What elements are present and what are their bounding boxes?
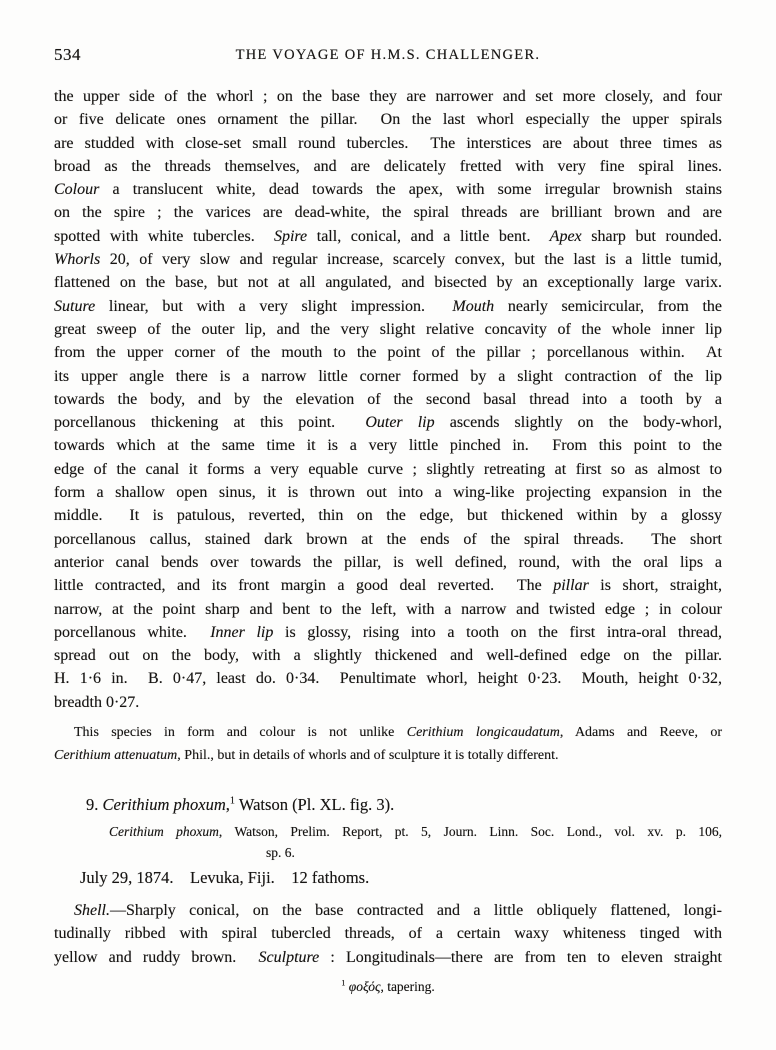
text-segment: its upper angle there is a narrow little…: [54, 368, 722, 385]
text-segment: great sweep of the outer lip, and the ve…: [54, 321, 722, 338]
italic-text: Shell.: [74, 902, 110, 919]
text-segment: sp. 6.: [266, 845, 295, 860]
text-segment: porcellanous thickening at this point.: [54, 414, 365, 431]
text-line: sp. 6.: [266, 842, 722, 863]
text-line: yellow and ruddy brown. Sculpture : Long…: [54, 946, 722, 969]
text-line: spread out on the body, with a slightly …: [54, 644, 722, 667]
page-number: 534: [54, 45, 81, 65]
text-segment: tall, conical, and a little bent.: [307, 228, 550, 245]
text-segment: porcellanous white.: [54, 624, 210, 641]
footnote: 1 φοξός, tapering.: [54, 979, 722, 995]
text-line: Suture linear, but with a very slight im…: [54, 295, 722, 318]
text-segment: or five delicate ones ornament the pilla…: [54, 111, 722, 128]
text-segment: little contracted, and its front margin …: [54, 577, 553, 594]
italic-text: Outer lip: [365, 414, 434, 431]
text-line: Cerithium attenuatum, Phil., but in deta…: [54, 744, 722, 767]
text-line: form a shallow open sinus, it is thrown …: [54, 481, 722, 504]
text-line: great sweep of the outer lip, and the ve…: [54, 318, 722, 341]
text-line: Colour a translucent white, dead towards…: [54, 178, 722, 201]
text-segment: are studded with close-set small round t…: [54, 135, 722, 152]
text-segment: broad as the threads themselves, and are…: [54, 158, 722, 175]
text-segment: towards which at the same time it is a v…: [54, 437, 722, 454]
text-line: the upper side of the whorl ; on the bas…: [54, 85, 722, 108]
italic-text: Inner lip: [210, 624, 273, 641]
locality-date-line: July 29, 1874. Levuka, Fiji. 12 fathoms.: [54, 866, 722, 889]
text-line: little contracted, and its front margin …: [54, 574, 722, 597]
text-segment: on the spire ; the varices are dead-whit…: [54, 204, 722, 221]
text-segment: is glossy, rising into a tooth on the fi…: [273, 624, 722, 641]
text-line: its upper angle there is a narrow little…: [54, 365, 722, 388]
page-header: 534 THE VOYAGE OF H.M.S. CHALLENGER.: [54, 0, 722, 67]
text-line: narrow, at the point sharp and bent to t…: [54, 598, 722, 621]
text-line: Whorls 20, of very slow and regular incr…: [54, 248, 722, 271]
italic-text: Suture: [54, 298, 95, 315]
text-segment: tudinally ribbed with spiral tubercled t…: [54, 925, 722, 942]
text-segment: from the upper corner of the mouth to th…: [54, 344, 722, 361]
text-segment: nearly semicircular, from the: [494, 298, 722, 315]
species-heading: 9. Cerithium phoxum,1 Watson (Pl. XL. fi…: [54, 794, 722, 816]
italic-text: pillar: [553, 577, 589, 594]
italic-text: Apex: [550, 228, 582, 245]
text-segment: spread out on the body, with a slightly …: [54, 647, 722, 664]
text-segment: , Adams and Reeve, or: [560, 725, 722, 740]
species-description-paragraph: the upper side of the whorl ; on the bas…: [54, 85, 722, 714]
text-line: or five delicate ones ornament the pilla…: [54, 108, 722, 131]
text-segment: yellow and ruddy brown.: [54, 949, 259, 966]
text-line: porcellanous thickening at this point. O…: [54, 411, 722, 434]
text-segment: ascends slightly on the body-whorl,: [435, 414, 722, 431]
text-segment: sharp but rounded.: [582, 228, 722, 245]
text-line: on the spire ; the varices are dead-whit…: [54, 201, 722, 224]
text-segment: flattened on the base, but not at all an…: [54, 274, 722, 291]
text-line: towards the body, and by the elevation o…: [54, 388, 722, 411]
text-segment: spotted with white tubercles.: [54, 228, 274, 245]
shell-description-paragraph: Shell.—Sharply conical, on the base cont…: [54, 899, 722, 969]
text-segment: This species in form and colour is not u…: [74, 725, 407, 740]
text-line: Shell.—Sharply conical, on the base cont…: [54, 899, 722, 922]
italic-text: Sculpture: [259, 949, 320, 966]
text-line: edge of the canal it forms a very equabl…: [54, 458, 722, 481]
text-segment: porcellanous callus, stained dark brown …: [54, 531, 722, 548]
text-segment: edge of the canal it forms a very equabl…: [54, 461, 722, 478]
italic-text: Cerithium phoxum: [109, 824, 219, 839]
text-line: anterior canal bends over towards the pi…: [54, 551, 722, 574]
text-line: porcellanous white. Inner lip is glossy,…: [54, 621, 722, 644]
text-segment: : Longitudinals—there are from ten to el…: [319, 949, 722, 966]
italic-text: Colour: [54, 181, 99, 198]
text-segment: H. 1·6 in. B. 0·47, least do. 0·34. Penu…: [54, 670, 722, 687]
text-segment: July 29, 1874. Levuka, Fiji. 12 fathoms.: [80, 868, 369, 887]
text-line: breadth 0·27.: [54, 691, 722, 714]
text-segment: anterior canal bends over towards the pi…: [54, 554, 722, 571]
text-line: middle. It is patulous, reverted, thin o…: [54, 504, 722, 527]
italic-text: Mouth: [452, 298, 494, 315]
text-segment: narrow, at the point sharp and bent to t…: [54, 601, 722, 618]
text-line: broad as the threads themselves, and are…: [54, 155, 722, 178]
text-segment: 9.: [86, 795, 103, 814]
text-segment: —Sharply conical, on the base contracted…: [110, 902, 722, 919]
italic-text: Cerithium longicaudatum: [407, 725, 560, 740]
italic-text: Cerithium attenuatum: [54, 748, 177, 763]
text-segment: towards the body, and by the elevation o…: [54, 391, 722, 408]
text-line: This species in form and colour is not u…: [54, 721, 722, 744]
text-line: flattened on the base, but not at all an…: [54, 271, 722, 294]
italic-text: Spire: [274, 228, 307, 245]
text-segment: is short, straight,: [589, 577, 722, 594]
citation-reference: Cerithium phoxum, Watson, Prelim. Report…: [54, 821, 722, 863]
text-line: are studded with close-set small round t…: [54, 132, 722, 155]
text-line: porcellanous callus, stained dark brown …: [54, 528, 722, 551]
italic-text: φοξός: [349, 979, 381, 994]
text-line: H. 1·6 in. B. 0·47, least do. 0·34. Penu…: [54, 667, 722, 690]
scanned-book-page: 534 THE VOYAGE OF H.M.S. CHALLENGER. the…: [0, 0, 776, 1050]
text-segment: , Phil., but in details of whorls and of…: [177, 748, 558, 763]
text-segment: the upper side of the whorl ; on the bas…: [54, 88, 722, 105]
text-segment: middle. It is patulous, reverted, thin o…: [54, 507, 722, 524]
italic-text: Whorls: [54, 251, 100, 268]
text-segment: 20, of very slow and regular increase, s…: [100, 251, 722, 268]
text-line: from the upper corner of the mouth to th…: [54, 341, 722, 364]
text-segment: breadth 0·27.: [54, 694, 139, 711]
text-line: towards which at the same time it is a v…: [54, 434, 722, 457]
text-line: Cerithium phoxum, Watson, Prelim. Report…: [54, 821, 722, 842]
comparison-remark-paragraph: This species in form and colour is not u…: [54, 721, 722, 767]
text-segment: a translucent white, dead towards the ap…: [99, 181, 722, 198]
text-line: spotted with white tubercles. Spire tall…: [54, 225, 722, 248]
text-segment: , Watson, Prelim. Report, pt. 5, Journ. …: [219, 824, 722, 839]
italic-text: Cerithium phoxum: [103, 795, 226, 814]
text-segment: form a shallow open sinus, it is thrown …: [54, 484, 722, 501]
text-segment: , tapering.: [380, 979, 434, 994]
text-line: tudinally ribbed with spiral tubercled t…: [54, 922, 722, 945]
text-segment: Watson (Pl. XL. fig. 3).: [235, 795, 394, 814]
running-title: THE VOYAGE OF H.M.S. CHALLENGER.: [54, 47, 722, 64]
text-segment: linear, but with a very slight impressio…: [95, 298, 452, 315]
